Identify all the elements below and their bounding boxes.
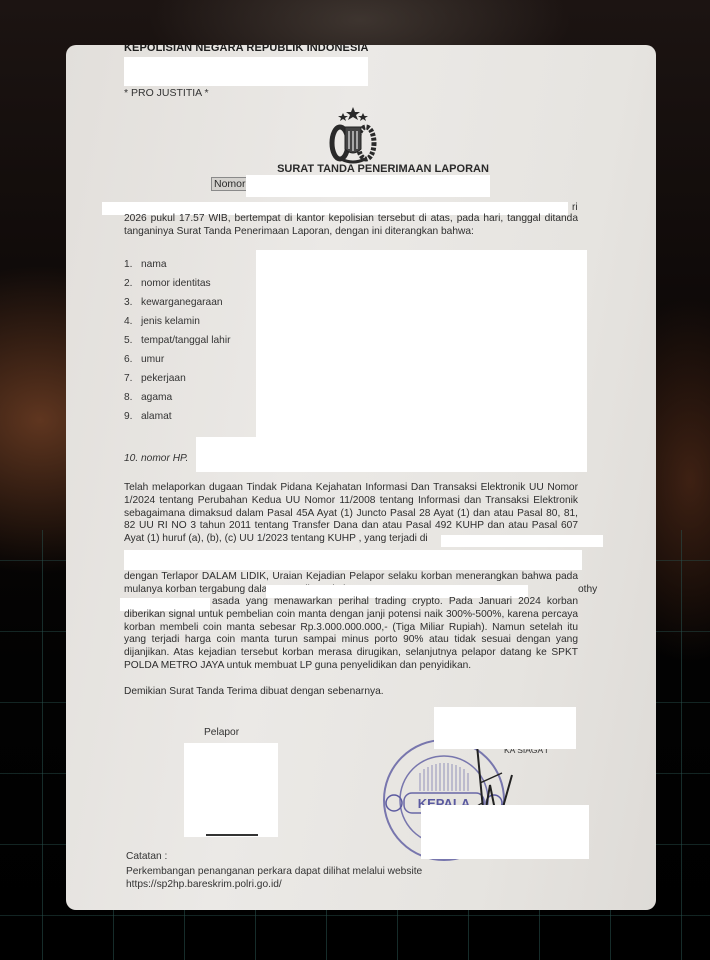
field-row: 1.nama: (124, 255, 264, 274)
uraian-paragraph-continued: asada yang menawarkan perihal trading cr… (124, 596, 578, 673)
field-label: nama (141, 259, 166, 270)
agency-header: KEPOLISIAN NEGARA REPUBLIK INDONESIA (124, 45, 369, 54)
field-label: nomor identitas (141, 278, 211, 289)
field-label: jenis kelamin (141, 316, 200, 327)
field-row: 4.jenis kelamin: (124, 312, 264, 331)
document-title: SURAT TANDA PENERIMAAN LAPORAN (218, 163, 548, 175)
redaction-location-line (124, 550, 582, 570)
phone-label: 10. nomor HP. (124, 453, 188, 464)
redaction-signer-unit (434, 707, 576, 749)
redaction-pelapor-signature (184, 743, 278, 837)
field-row: 5.tempat/tanggal lahir: (124, 331, 264, 350)
nomor-label: Nomor (211, 177, 249, 191)
field-label: alamat (141, 411, 172, 422)
police-emblem-icon (323, 105, 383, 167)
closing-statement: Demikian Surat Tanda Terima dibuat denga… (124, 686, 384, 697)
intro-paragraph: 2026 pukul 17.57 WIB, bertempat di kanto… (124, 213, 578, 239)
tracking-website-link[interactable]: https://sp2hp.bareskrim.polri.go.id/ (126, 879, 422, 892)
pelapor-label: Pelapor (204, 727, 239, 738)
field-label: agama (141, 392, 172, 403)
field-row: 9.alamat: (124, 407, 264, 426)
field-row: 8.agama: (124, 388, 264, 407)
redaction-location (441, 535, 603, 547)
signature-line (206, 834, 258, 836)
field-row: 2.nomor identitas: (124, 274, 264, 293)
redaction-agency-unit (124, 57, 368, 86)
field-label: umur (141, 354, 164, 365)
field-label: pekerjaan (141, 373, 186, 384)
field-label: kewarganegaraan (141, 297, 223, 308)
identity-fields: 1.nama: 2.nomor identitas: 3.kewarganega… (124, 255, 264, 426)
redaction-signer-name (421, 805, 589, 859)
uraian-tail: othy (578, 584, 597, 597)
pro-justitia: * PRO JUSTITIA * (124, 87, 209, 99)
notes-label: Catatan : (126, 851, 167, 862)
field-label: tempat/tanggal lahir (141, 335, 230, 346)
redaction-nomor (246, 175, 490, 197)
field-row: 6.umur: (124, 350, 264, 369)
redaction-phone (196, 437, 587, 472)
field-row: 3.kewarganegaraan: (124, 293, 264, 312)
report-document: KEPOLISIAN NEGARA REPUBLIK INDONESIA * P… (66, 45, 656, 910)
field-row: 7.pekerjaan: (124, 369, 264, 388)
redaction-identity-values (256, 250, 587, 438)
notes-text: Perkembangan penanganan perkara dapat di… (126, 866, 422, 891)
